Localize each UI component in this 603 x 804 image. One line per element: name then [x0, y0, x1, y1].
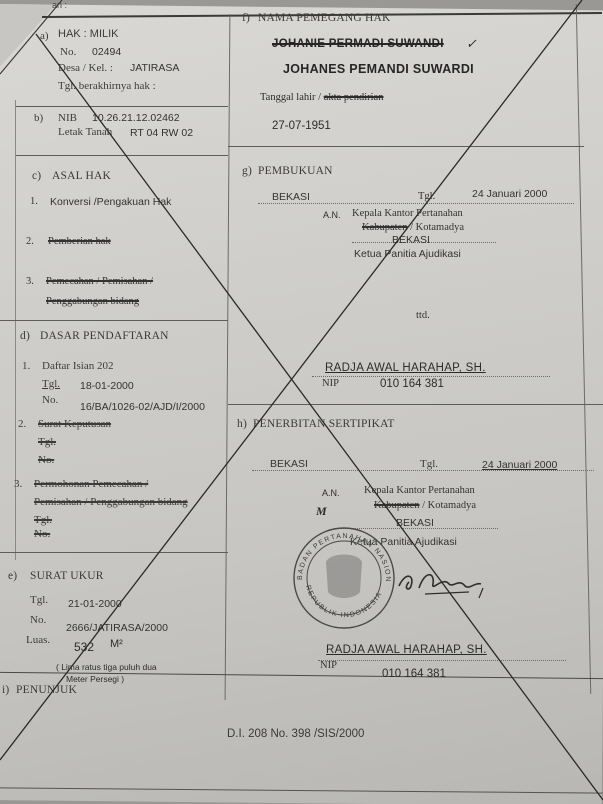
dasar-item-1-tgl-value: 18-01-2000: [80, 380, 134, 392]
asal-item-1-num: 1.: [30, 196, 38, 207]
page-header-fragment: an :: [52, 0, 67, 10]
desa-label: Desa / Kel. :: [58, 62, 113, 74]
pembukuan-place: BEKASI: [272, 191, 310, 203]
section-a-title: HAK : MILIK: [58, 28, 119, 40]
penerbitan-city: BEKASI: [396, 517, 434, 529]
dasar-item-1-no-label: No.: [42, 394, 58, 406]
section-c-label: c): [32, 170, 41, 182]
section-h-title: PENERBITAN SERTIPIKAT: [253, 418, 395, 430]
penerbitan-tgl-label: Tgl.: [420, 458, 438, 470]
pembukuan-office-line1: Kepala Kantor Pertanahan: [352, 208, 463, 219]
asal-item-2-num: 2.: [26, 236, 34, 247]
section-a-label: a): [40, 30, 49, 42]
pembukuan-kabupaten-struck: Kabupaten: [362, 222, 407, 233]
pembukuan-official-name: RADJA AWAL HARAHAP, SH.: [325, 362, 486, 374]
penerbitan-place: BEKASI: [270, 458, 308, 470]
paraf-initial: M: [316, 504, 327, 519]
asal-item-1-text: Konversi /Pengakuan Hak: [50, 196, 171, 208]
section-c-title: ASAL HAK: [52, 170, 111, 182]
location-value: RT 04 RW 02: [130, 127, 193, 139]
dasar-item-3-tgl-label: Tgl.: [34, 514, 52, 526]
nib-label: NIB: [58, 112, 77, 124]
pembukuan-role: Ketua Panitia Ajudikasi: [354, 248, 461, 260]
penerbitan-nip-label: NIP: [320, 660, 337, 671]
surat-ukur-no-value: 2666/JATIRASA/2000: [66, 622, 168, 634]
dob-label: Tanggal lahir / akta pendirian: [260, 92, 383, 103]
official-stamp-icon: BADAN PERTANAHAN NASIONAL REPUBLIK INDON…: [288, 522, 400, 630]
dasar-item-1-title: Daftar Isian 202: [42, 360, 113, 372]
luas-value: 532: [74, 640, 94, 654]
correction-mark: ✓: [466, 36, 477, 52]
divider-a-b: [16, 106, 228, 107]
signature-icon: [395, 566, 495, 600]
pembukuan-an-label: A.N.: [323, 210, 341, 220]
section-i-label: i): [2, 684, 9, 696]
dob-label-text: Tanggal lahir /: [260, 92, 324, 103]
pembukuan-date: 24 Januari 2000: [472, 188, 547, 200]
dasar-item-1-no-value: 16/BA/1026-02/AJD/I/2000: [80, 401, 205, 413]
section-i-title: PENUNJUK: [16, 684, 77, 696]
divider-d-e: [0, 552, 228, 553]
dasar-item-1-num: 1.: [22, 360, 30, 372]
pembukuan-tgl-label: Tgl.: [418, 191, 435, 202]
footer-form-code: D.I. 208 No. 398 /SIS/2000: [227, 728, 364, 740]
dob-value: 27-07-1951: [272, 120, 331, 132]
penerbitan-office-line1: Kepala Kantor Pertanahan: [364, 485, 475, 496]
expiry-label: Tgl. berakhirnya hak :: [58, 80, 156, 92]
desa-value: JATIRASA: [130, 62, 179, 74]
dasar-item-1-tgl-label: Tgl.: [42, 378, 60, 390]
location-label: Letak Tanah: [58, 126, 112, 138]
nib-value: 10.26.21.12.02462: [92, 112, 180, 124]
left-border: [15, 100, 16, 560]
luas-unit: M²: [110, 638, 123, 650]
holder-name: JOHANES PEMANDI SUWARDI: [283, 62, 474, 76]
luas-words-2: Meter Persegi ): [66, 674, 124, 684]
penerbitan-name-line: [318, 660, 566, 661]
dasar-item-2-title: Surat Keputusan: [38, 418, 111, 430]
section-h-label: h): [237, 418, 247, 430]
dasar-item-3-line1: Permohonan Pemecahan /: [34, 478, 148, 490]
divider-c-d: [0, 320, 228, 321]
pembukuan-kotamadya: / Kotamadya: [407, 222, 464, 233]
section-g-label: g): [242, 165, 252, 177]
section-f-title: NAMA PEMEGANG HAK: [258, 12, 390, 24]
pembukuan-signed: ttd.: [416, 310, 430, 321]
pembukuan-dotted-line: [258, 203, 574, 204]
surat-ukur-no-label: No.: [30, 614, 46, 626]
asal-item-3-num: 3.: [26, 276, 34, 287]
dasar-item-2-tgl-label: Tgl.: [38, 436, 56, 448]
dasar-item-2-no-label: No.: [38, 454, 54, 466]
dasar-item-3-no-label: No.: [34, 528, 50, 540]
pembukuan-nip-label: NIP: [322, 378, 339, 389]
section-d-label: d): [20, 330, 30, 342]
section-b-label: b): [34, 112, 43, 124]
luas-label: Luas.: [26, 634, 50, 646]
dasar-item-3-line2: Pemisahan / Penggabungan bidang: [34, 496, 188, 508]
hak-no-label: No.: [60, 46, 76, 58]
section-e-label: e): [8, 570, 17, 582]
divider-g-h: [228, 404, 603, 405]
dasar-item-3-num: 3.: [14, 478, 22, 490]
penerbitan-official-name: RADJA AWAL HARAHAP, SH.: [326, 644, 487, 656]
dob-label-struck: akta pendirian: [324, 92, 384, 103]
surat-ukur-tgl-label: Tgl.: [30, 594, 48, 606]
pembukuan-nip-value: 010 164 381: [380, 378, 444, 390]
asal-item-2-text: Pemberian hak: [48, 236, 111, 247]
pembukuan-city: BEKASI: [392, 234, 430, 246]
divider-f-g: [228, 146, 584, 147]
penerbitan-kabupaten-struck: Kabupaten: [374, 500, 419, 511]
holder-name-struck: JOHANIE PERMADI SUWANDI: [272, 38, 444, 50]
surat-ukur-tgl-value: 21-01-2000: [68, 598, 122, 610]
penerbitan-nip-value: 010 164 381: [382, 668, 446, 680]
asal-item-3-text-cont: Penggabungan bidang: [46, 296, 139, 307]
penerbitan-an-label: A.N.: [322, 488, 340, 498]
asal-item-3-text: Pemecahan / Pemisahan /: [46, 276, 153, 287]
penerbitan-kotamadya: / Kotamadya: [419, 500, 476, 511]
section-g-title: PEMBUKUAN: [258, 165, 333, 177]
pembukuan-name-line: [312, 376, 550, 377]
pembukuan-office-line2: Kabupaten / Kotamadya: [362, 222, 464, 233]
section-e-title: SURAT UKUR: [30, 570, 104, 582]
penerbitan-office-line2: Kabupaten / Kotamadya: [374, 500, 476, 511]
luas-words-1: ( Lima ratus tiga puluh dua: [56, 662, 157, 672]
section-d-title: DASAR PENDAFTARAN: [40, 330, 169, 342]
hak-no-value: 02494: [92, 46, 121, 58]
divider-b-c: [16, 155, 228, 156]
dasar-item-2-num: 2.: [18, 418, 26, 430]
section-f-label: f): [242, 12, 250, 24]
penerbitan-date: 24 Januari 2000: [482, 459, 557, 471]
